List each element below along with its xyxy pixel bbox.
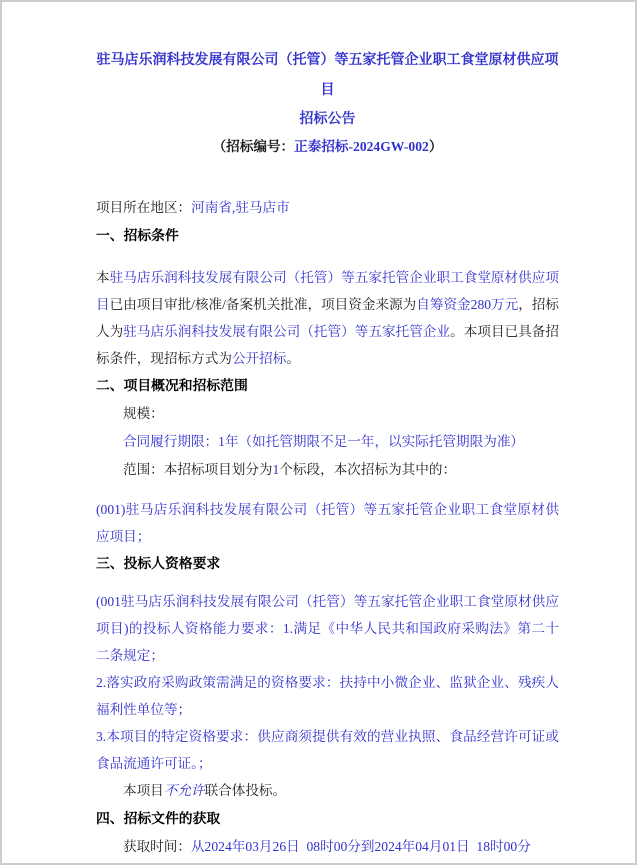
scale-line: 规模：合同履行期限：1年（如托管期限不足一年，以实际托管期限为准） bbox=[96, 400, 559, 456]
scope-line: 范围：本招标项目划分为1个标段，本次招标为其中的： bbox=[96, 456, 559, 484]
obtain-time-line: 获取时间：从2024年03月26日 08时00分到2024年04月01日 18时… bbox=[96, 833, 559, 861]
qualification-paragraph-3: 3.本项目的特定资格要求：供应商须提供有效的营业执照、食品经营许可证或食品流通许… bbox=[96, 723, 559, 777]
section-1-heading: 一、招标条件 bbox=[96, 222, 559, 250]
doc-title: 驻马店乐润科技发展有限公司（托管）等五家托管企业职工食堂原材供应项目 招标公告 … bbox=[96, 46, 559, 160]
scope-text: 个标段，本次招标为其中的： bbox=[279, 462, 456, 477]
tender-ref-line: （招标编号：正泰招标-2024GW-002） bbox=[96, 134, 559, 160]
obtain-time-label: 获取时间： bbox=[123, 839, 191, 854]
funding-source-text: 自筹资金280万元 bbox=[416, 297, 518, 312]
obtain-time-value: 从2024年03月26日 08时00分到2024年04月01日 18时00分 bbox=[191, 839, 531, 854]
tenderee-text: 驻马店乐润科技发展有限公司（托管）等五家托管企业 bbox=[123, 324, 450, 339]
scale-value: 合同履行期限：1年（如托管期限不足一年，以实际托管期限为准） bbox=[123, 434, 524, 449]
document-page: 驻马店乐润科技发展有限公司（托管）等五家托管企业职工食堂原材供应项目 招标公告 … bbox=[0, 0, 637, 865]
jv-text: 本项目 bbox=[123, 783, 164, 798]
qualification-paragraph-2: 2.落实政府采购政策需满足的资格要求：扶持中小微企业、监狱企业、残疾人福利性单位… bbox=[96, 669, 559, 723]
jv-not-allowed-text: 不允许 bbox=[164, 783, 205, 798]
section-2-heading: 二、项目概况和招标范围 bbox=[96, 372, 559, 400]
tender-ref-number: 正泰招标-2024GW-002 bbox=[294, 139, 429, 154]
project-location-label: 项目所在地区： bbox=[96, 200, 191, 215]
run-plain: 。 bbox=[286, 351, 300, 366]
project-location-value: 河南省,驻马店市 bbox=[191, 200, 290, 215]
run-plain: 本 bbox=[96, 270, 110, 285]
project-location-line: 项目所在地区：河南省,驻马店市 bbox=[96, 194, 559, 222]
bid-method-text: 公开招标 bbox=[232, 351, 286, 366]
joint-venture-line: 本项目不允许联合体投标。 bbox=[96, 777, 559, 805]
title-line-1: 驻马店乐润科技发展有限公司（托管）等五家托管企业职工食堂原材供应项目 bbox=[96, 46, 559, 106]
tender-ref-suffix: ） bbox=[429, 139, 443, 154]
section-4-heading: 四、招标文件的获取 bbox=[96, 805, 559, 833]
title-line-2: 招标公告 bbox=[96, 106, 559, 134]
jv-text: 联合体投标。 bbox=[205, 783, 287, 798]
qualification-paragraph-1: (001驻马店乐润科技发展有限公司（托管）等五家托管企业职工食堂原材供应项目)的… bbox=[96, 588, 559, 669]
document-content: 驻马店乐润科技发展有限公司（托管）等五家托管企业职工食堂原材供应项目 招标公告 … bbox=[2, 46, 635, 861]
tender-ref-prefix: （招标编号： bbox=[213, 139, 295, 154]
lot-item: (001)驻马店乐润科技发展有限公司（托管）等五家托管企业职工食堂原材供应项目； bbox=[96, 496, 559, 550]
scale-label: 规模： bbox=[123, 406, 164, 421]
scope-text: 范围：本招标项目划分为 bbox=[123, 462, 273, 477]
section-3-heading: 三、投标人资格要求 bbox=[96, 550, 559, 578]
section-1-paragraph: 本驻马店乐润科技发展有限公司（托管）等五家托管企业职工食堂原材供应项目已由项目审… bbox=[96, 264, 559, 372]
run-plain: 已由项目审批/核准/备案机关批准，项目资金来源为 bbox=[110, 297, 417, 312]
